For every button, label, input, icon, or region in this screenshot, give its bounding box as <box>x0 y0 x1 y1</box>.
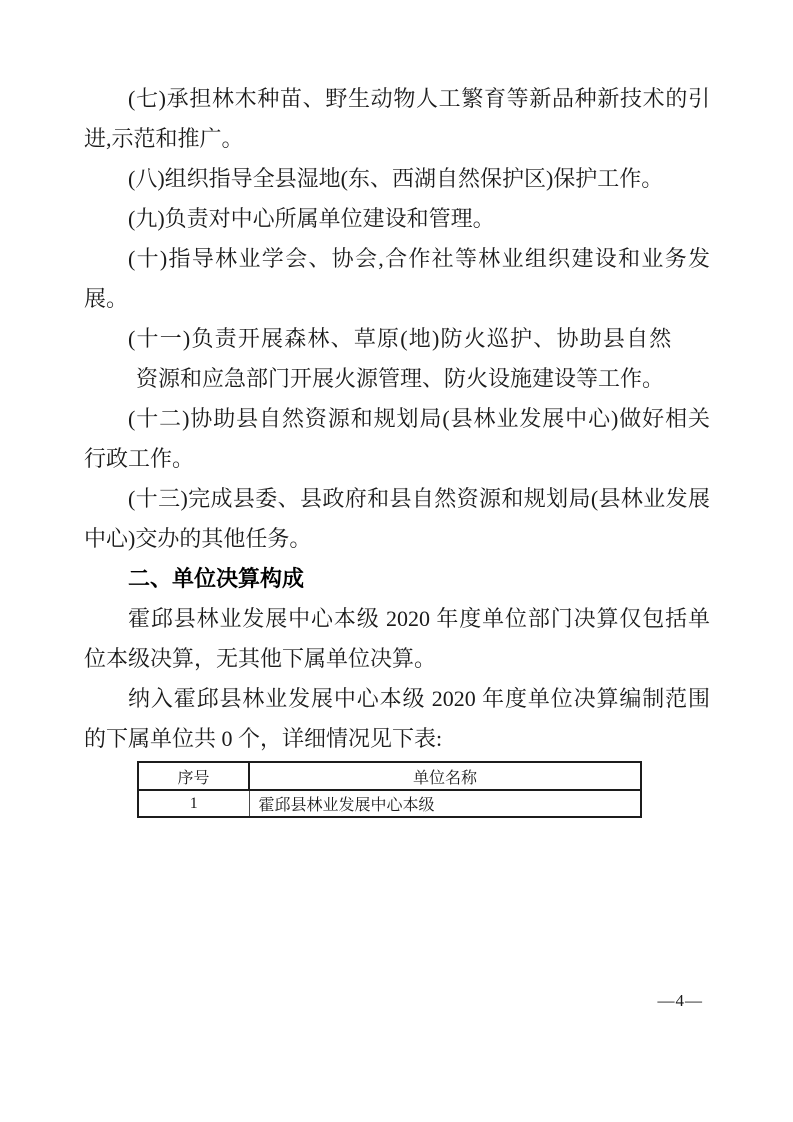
text-line: (八)组织指导全县湿地(东、西湖自然保护区)保护工作。 <box>84 159 710 199</box>
text-line: 的下属单位共 0 个，详细情况见下表: <box>84 719 710 759</box>
text-line: 展。 <box>84 279 710 319</box>
text-line: (九)负责对中心所属单位建设和管理。 <box>84 199 710 239</box>
unit-name-header-cell: 单位名称 <box>249 762 641 790</box>
text-line: 资源和应急部门开展火源管理、防火设施建设等工作。 <box>84 359 710 399</box>
text-line: (十三)完成县委、县政府和县自然资源和规划局(县林业发展 <box>84 479 710 519</box>
page-number: —4— <box>658 991 704 1011</box>
seq-header-cell: 序号 <box>138 762 249 790</box>
document-page: { "body": { "lines": [ "(七)承担林木种苗、野生动物人工… <box>0 0 793 1122</box>
body-text: (七)承担林木种苗、野生动物人工繁育等新品种新技术的引 进,示范和推广。 (八)… <box>84 79 710 818</box>
table-header-row: 序号 单位名称 <box>138 762 641 790</box>
text-line: 纳入霍邱县林业发展中心本级 2020 年度单位决算编制范围 <box>84 679 710 719</box>
text-line: (十二)协助县自然资源和规划局(县林业发展中心)做好相关 <box>84 399 710 439</box>
unit-name-cell: 霍邱县林业发展中心本级 <box>249 790 641 817</box>
text-line: 霍邱县林业发展中心本级 2020 年度单位部门决算仅包括单 <box>84 599 710 639</box>
table-row: 1 霍邱县林业发展中心本级 <box>138 790 641 817</box>
text-line: 进,示范和推广。 <box>84 119 710 159</box>
text-line: (十)指导林业学会、协会,合作社等林业组织建设和业务发 <box>84 239 710 279</box>
subordinate-units-table: 序号 单位名称 1 霍邱县林业发展中心本级 <box>137 761 642 818</box>
section-heading: 二、单位决算构成 <box>84 559 710 599</box>
text-line: 中心)交办的其他任务。 <box>84 519 710 559</box>
text-line: (十一)负责开展森林、草原(地)防火巡护、协助县自然 <box>84 319 710 359</box>
text-line: (七)承担林木种苗、野生动物人工繁育等新品种新技术的引 <box>84 79 710 119</box>
seq-cell: 1 <box>138 790 249 817</box>
text-line: 行政工作。 <box>84 439 710 479</box>
text-line: 位本级决算，无其他下属单位决算。 <box>84 639 710 679</box>
